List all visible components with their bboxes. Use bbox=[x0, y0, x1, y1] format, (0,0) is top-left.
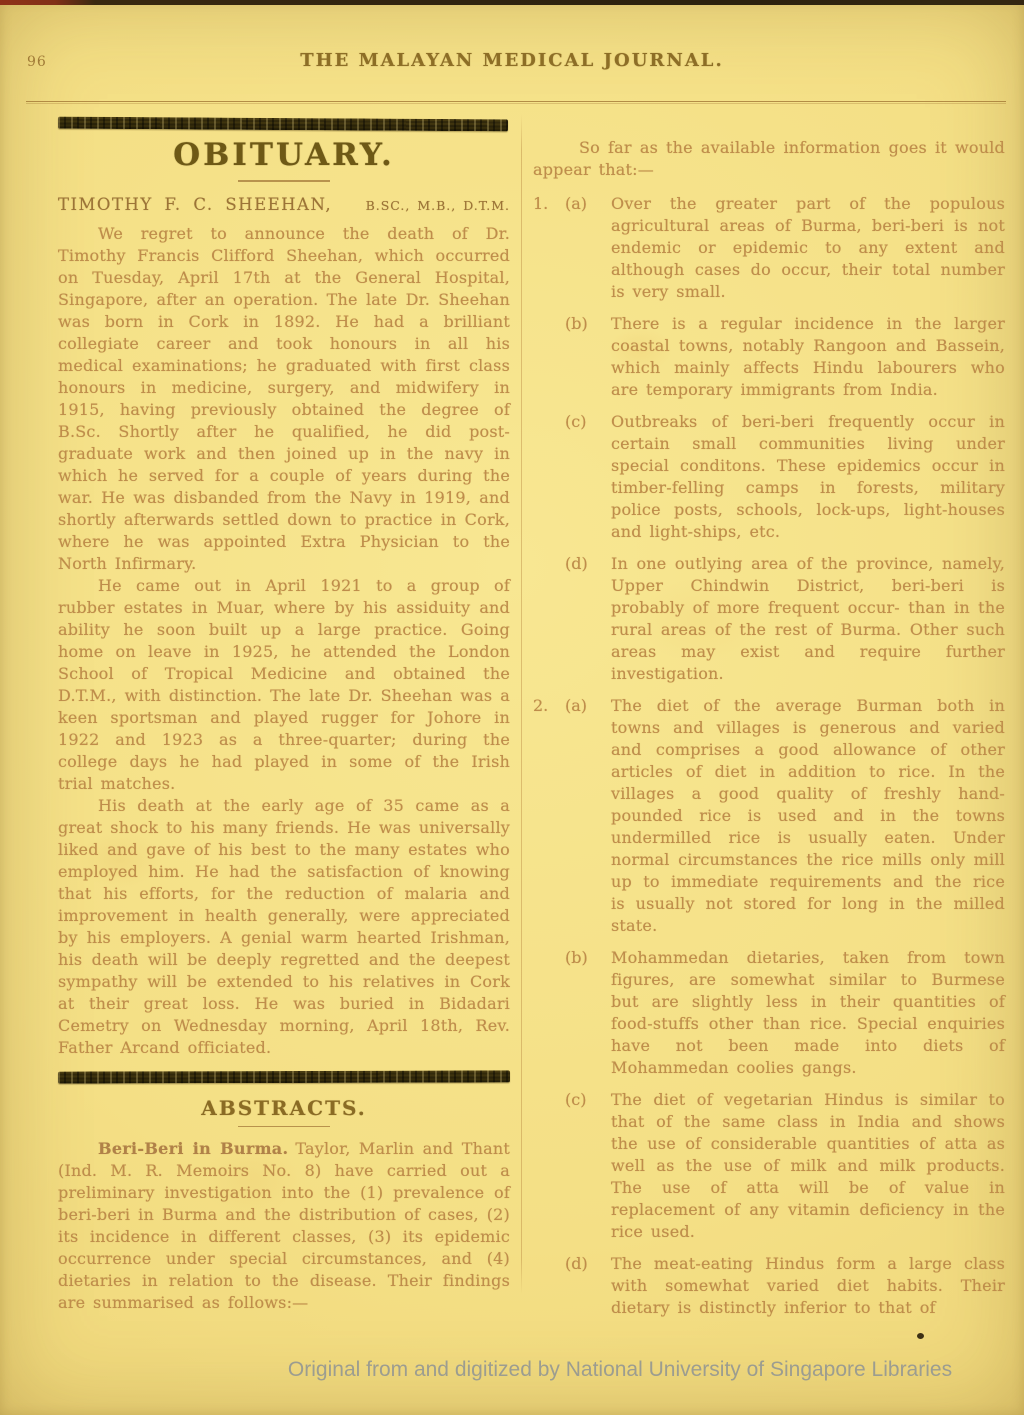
finding-text: Outbreaks of beri-beri frequently occur … bbox=[611, 411, 1005, 543]
finding-number bbox=[533, 411, 565, 543]
finding-item: 1. (a) Over the greater part of the popu… bbox=[533, 193, 1005, 303]
obituary-heading: OBITUARY. bbox=[58, 137, 510, 173]
finding-letter: (a) bbox=[565, 193, 611, 303]
finding-text: Mohammedan dietaries, taken from town fi… bbox=[611, 947, 1005, 1079]
finding-number bbox=[533, 947, 565, 1079]
abstract-article-title: Beri-Beri in Burma. bbox=[98, 1139, 288, 1158]
finding-number bbox=[533, 553, 565, 685]
finding-item: (b) There is a regular incidence in the … bbox=[533, 313, 1005, 401]
finding-letter: (b) bbox=[565, 313, 611, 401]
abstract-article-text: Taylor, Marlin and Thant (Ind. M. R. Mem… bbox=[58, 1139, 510, 1312]
journal-page-scan: 96 THE MALAYAN MEDICAL JOURNAL. OBITUARY… bbox=[0, 0, 1024, 1415]
obituary-heading-rule bbox=[238, 180, 330, 182]
finding-text: The meat-eating Hindus form a large clas… bbox=[611, 1253, 1005, 1319]
finding-number bbox=[533, 1089, 565, 1243]
obituary-paragraph-1: We regret to announce the death of Dr. T… bbox=[58, 223, 510, 575]
abstract-article: Beri-Beri in Burma.Taylor, Marlin and Th… bbox=[58, 1138, 510, 1314]
deceased-credentials: B.SC., M.B., D.T.M. bbox=[366, 198, 510, 213]
page-columns: OBITUARY. TIMOTHY F. C. SHEEHAN, B.SC., … bbox=[0, 104, 1024, 1329]
finding-number: 2. bbox=[533, 695, 565, 937]
decorative-bar-top bbox=[58, 117, 508, 132]
finding-number: 1. bbox=[533, 193, 565, 303]
left-column: OBITUARY. TIMOTHY F. C. SHEEHAN, B.SC., … bbox=[58, 114, 510, 1314]
finding-item: (b) Mohammedan dietaries, taken from tow… bbox=[533, 947, 1005, 1079]
finding-text: Over the greater part of the populous ag… bbox=[611, 193, 1005, 303]
digitization-footer: Original from and digitized by National … bbox=[0, 1358, 1024, 1382]
finding-item: (d) The meat-eating Hindus form a large … bbox=[533, 1253, 1005, 1319]
abstracts-heading-rule bbox=[238, 1126, 330, 1127]
decorative-bar-bottom bbox=[58, 1070, 510, 1083]
finding-text: The diet of vegetarian Hindus is similar… bbox=[611, 1089, 1005, 1243]
obituary-paragraph-2: He came out in April 1921 to a group of … bbox=[58, 575, 510, 795]
finding-text: There is a regular incidence in the larg… bbox=[611, 313, 1005, 401]
journal-title: THE MALAYAN MEDICAL JOURNAL. bbox=[0, 0, 1024, 71]
page-number: 96 bbox=[27, 54, 47, 70]
finding-number bbox=[533, 313, 565, 401]
deceased-name-line: TIMOTHY F. C. SHEEHAN, B.SC., M.B., D.T.… bbox=[58, 195, 510, 214]
finding-letter: (b) bbox=[565, 947, 611, 1079]
findings-intro: So far as the available information goes… bbox=[533, 137, 1005, 181]
ink-dot bbox=[917, 1333, 924, 1339]
finding-item: (c) Outbreaks of beri-beri frequently oc… bbox=[533, 411, 1005, 543]
finding-text: In one outlying area of the province, na… bbox=[611, 553, 1005, 685]
finding-letter: (c) bbox=[565, 1089, 611, 1243]
finding-letter: (d) bbox=[565, 1253, 611, 1319]
finding-letter: (c) bbox=[565, 411, 611, 543]
abstracts-heading: ABSTRACTS. bbox=[58, 1096, 510, 1120]
finding-text: The diet of the average Burman both in t… bbox=[611, 695, 1005, 937]
deceased-name: TIMOTHY F. C. SHEEHAN, bbox=[58, 195, 332, 214]
obituary-paragraph-3: His death at the early age of 35 came as… bbox=[58, 795, 510, 1059]
finding-item: (d) In one outlying area of the province… bbox=[533, 553, 1005, 685]
finding-letter: (a) bbox=[565, 695, 611, 937]
finding-item: 2. (a) The diet of the average Burman bo… bbox=[533, 695, 1005, 937]
finding-number bbox=[533, 1253, 565, 1319]
finding-item: (c) The diet of vegetarian Hindus is sim… bbox=[533, 1089, 1005, 1243]
scan-edge-top bbox=[0, 0, 1024, 5]
finding-letter: (d) bbox=[565, 553, 611, 685]
right-column: So far as the available information goes… bbox=[522, 114, 1005, 1329]
